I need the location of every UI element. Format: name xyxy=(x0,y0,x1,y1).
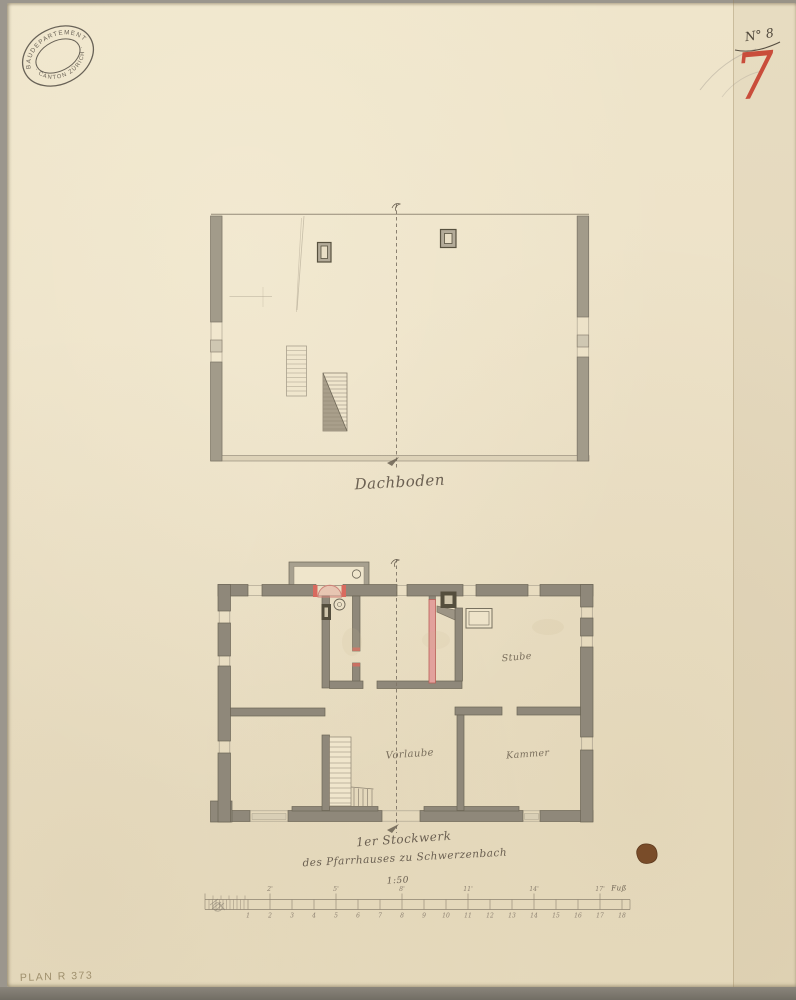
scale-top-label: 2' xyxy=(266,886,273,893)
scale-number: 5 xyxy=(334,913,338,920)
kitchen-boiler xyxy=(334,599,345,610)
plan-sheet-graphics: BAUDEPARTEMENT · CANTON ZÜRICH · N° 8 7 xyxy=(0,0,796,1000)
kitchen-wall-niche xyxy=(322,604,332,620)
scale-number: 16 xyxy=(574,913,582,920)
stamp-outer-ring xyxy=(12,14,103,97)
scale-numbers: 1 2 3 4 5 6 7 8 9 10 11 12 13 14 15 16 1… xyxy=(246,913,626,920)
attic-chimney-left xyxy=(318,243,332,263)
scale-top-label: 14' xyxy=(529,886,539,893)
interior-walls xyxy=(231,596,581,811)
scale-top-label: 17' xyxy=(595,886,605,893)
stube-partition-wall xyxy=(455,608,463,681)
chimney xyxy=(441,592,457,609)
stair-wall xyxy=(322,735,330,811)
kammer-partition-wall xyxy=(457,715,464,811)
floor-caption-scale: 1:50 xyxy=(387,875,410,886)
red-door-arc xyxy=(313,585,346,597)
floor-caption-line1: 1er Stockwerk xyxy=(356,829,452,850)
stamp-bottom-label: · CANTON ZÜRICH · xyxy=(33,44,94,90)
archive-reference: PLAN R 373 xyxy=(20,969,94,984)
tile-stove xyxy=(466,609,492,629)
first-floor-plan: Stube Vorlaube Kammer 1er Stockwerk des … xyxy=(211,559,594,887)
attic-stair-small xyxy=(287,346,307,396)
attic-plan: Dachboden xyxy=(211,204,590,494)
room-label-kammer: Kammer xyxy=(505,747,551,761)
scale-top-label: 8' xyxy=(399,886,405,893)
scale-number: 14 xyxy=(530,913,538,920)
scale-number: 3 xyxy=(290,913,294,920)
scale-bar-rails xyxy=(205,900,630,910)
scan-bottom-shadow xyxy=(0,987,796,1000)
scale-number: 18 xyxy=(618,913,626,920)
annex xyxy=(289,562,369,586)
scale-number: 1 xyxy=(246,913,250,920)
scale-tall-ticks xyxy=(270,894,600,900)
sheet-number-block: N° 8 7 xyxy=(700,25,780,116)
attic-wall-face-lines xyxy=(211,216,589,461)
scale-unit-label: Fuß xyxy=(610,885,627,893)
scale-number: 2 xyxy=(267,913,272,920)
pencil-construction-lines xyxy=(230,216,305,312)
outer-walls xyxy=(211,585,594,823)
scale-number: 6 xyxy=(356,913,360,920)
room-label-stube: Stube xyxy=(501,651,532,665)
attic-left-wall xyxy=(211,216,223,461)
floor-caption-line2: des Pfarrhauses zu Schwerzenbach xyxy=(302,847,507,870)
baudepartement-stamp: BAUDEPARTEMENT · CANTON ZÜRICH · xyxy=(12,14,103,97)
attic-chimney-right xyxy=(441,230,457,248)
room-label-vorlaube: Vorlaube xyxy=(385,747,434,761)
scale-bar: 2' 5' 8' 11' 14' 17' Fuß 1 2 3 4 5 6 7 8… xyxy=(205,885,630,920)
scale-major-ticks xyxy=(205,894,630,910)
scale-number: 13 xyxy=(508,913,516,920)
attic-bottom-edge xyxy=(211,456,589,462)
scale-number: 12 xyxy=(486,913,494,920)
attic-right-wall xyxy=(577,216,589,461)
staircase xyxy=(330,737,374,806)
scale-number: 11 xyxy=(464,913,472,920)
scale-number: 8 xyxy=(400,913,404,920)
attic-caption: Dachboden xyxy=(353,471,445,494)
scale-top-label: 5' xyxy=(333,886,339,893)
scale-number: 7 xyxy=(378,913,382,920)
scale-number: 9 xyxy=(422,913,426,920)
scale-number: 10 xyxy=(442,913,450,920)
section-mark-top xyxy=(392,204,400,212)
wall-face-lines xyxy=(218,585,593,822)
attic-stair-main xyxy=(323,373,347,431)
stair-railing xyxy=(351,787,374,806)
scale-top-labels: 2' 5' 8' 11' 14' 17' Fuß xyxy=(266,885,627,894)
red-door-jamb xyxy=(353,663,361,667)
ink-blot xyxy=(637,844,657,864)
scale-number: 15 xyxy=(552,913,560,920)
scale-number: 17 xyxy=(596,913,604,920)
scale-number: 4 xyxy=(311,913,316,920)
red-inventory-number: 7 xyxy=(732,38,779,115)
scale-top-label: 11' xyxy=(463,886,473,893)
scanned-plan-sheet: BAUDEPARTEMENT · CANTON ZÜRICH · N° 8 7 xyxy=(0,0,796,1000)
section-mark-top xyxy=(391,560,399,568)
